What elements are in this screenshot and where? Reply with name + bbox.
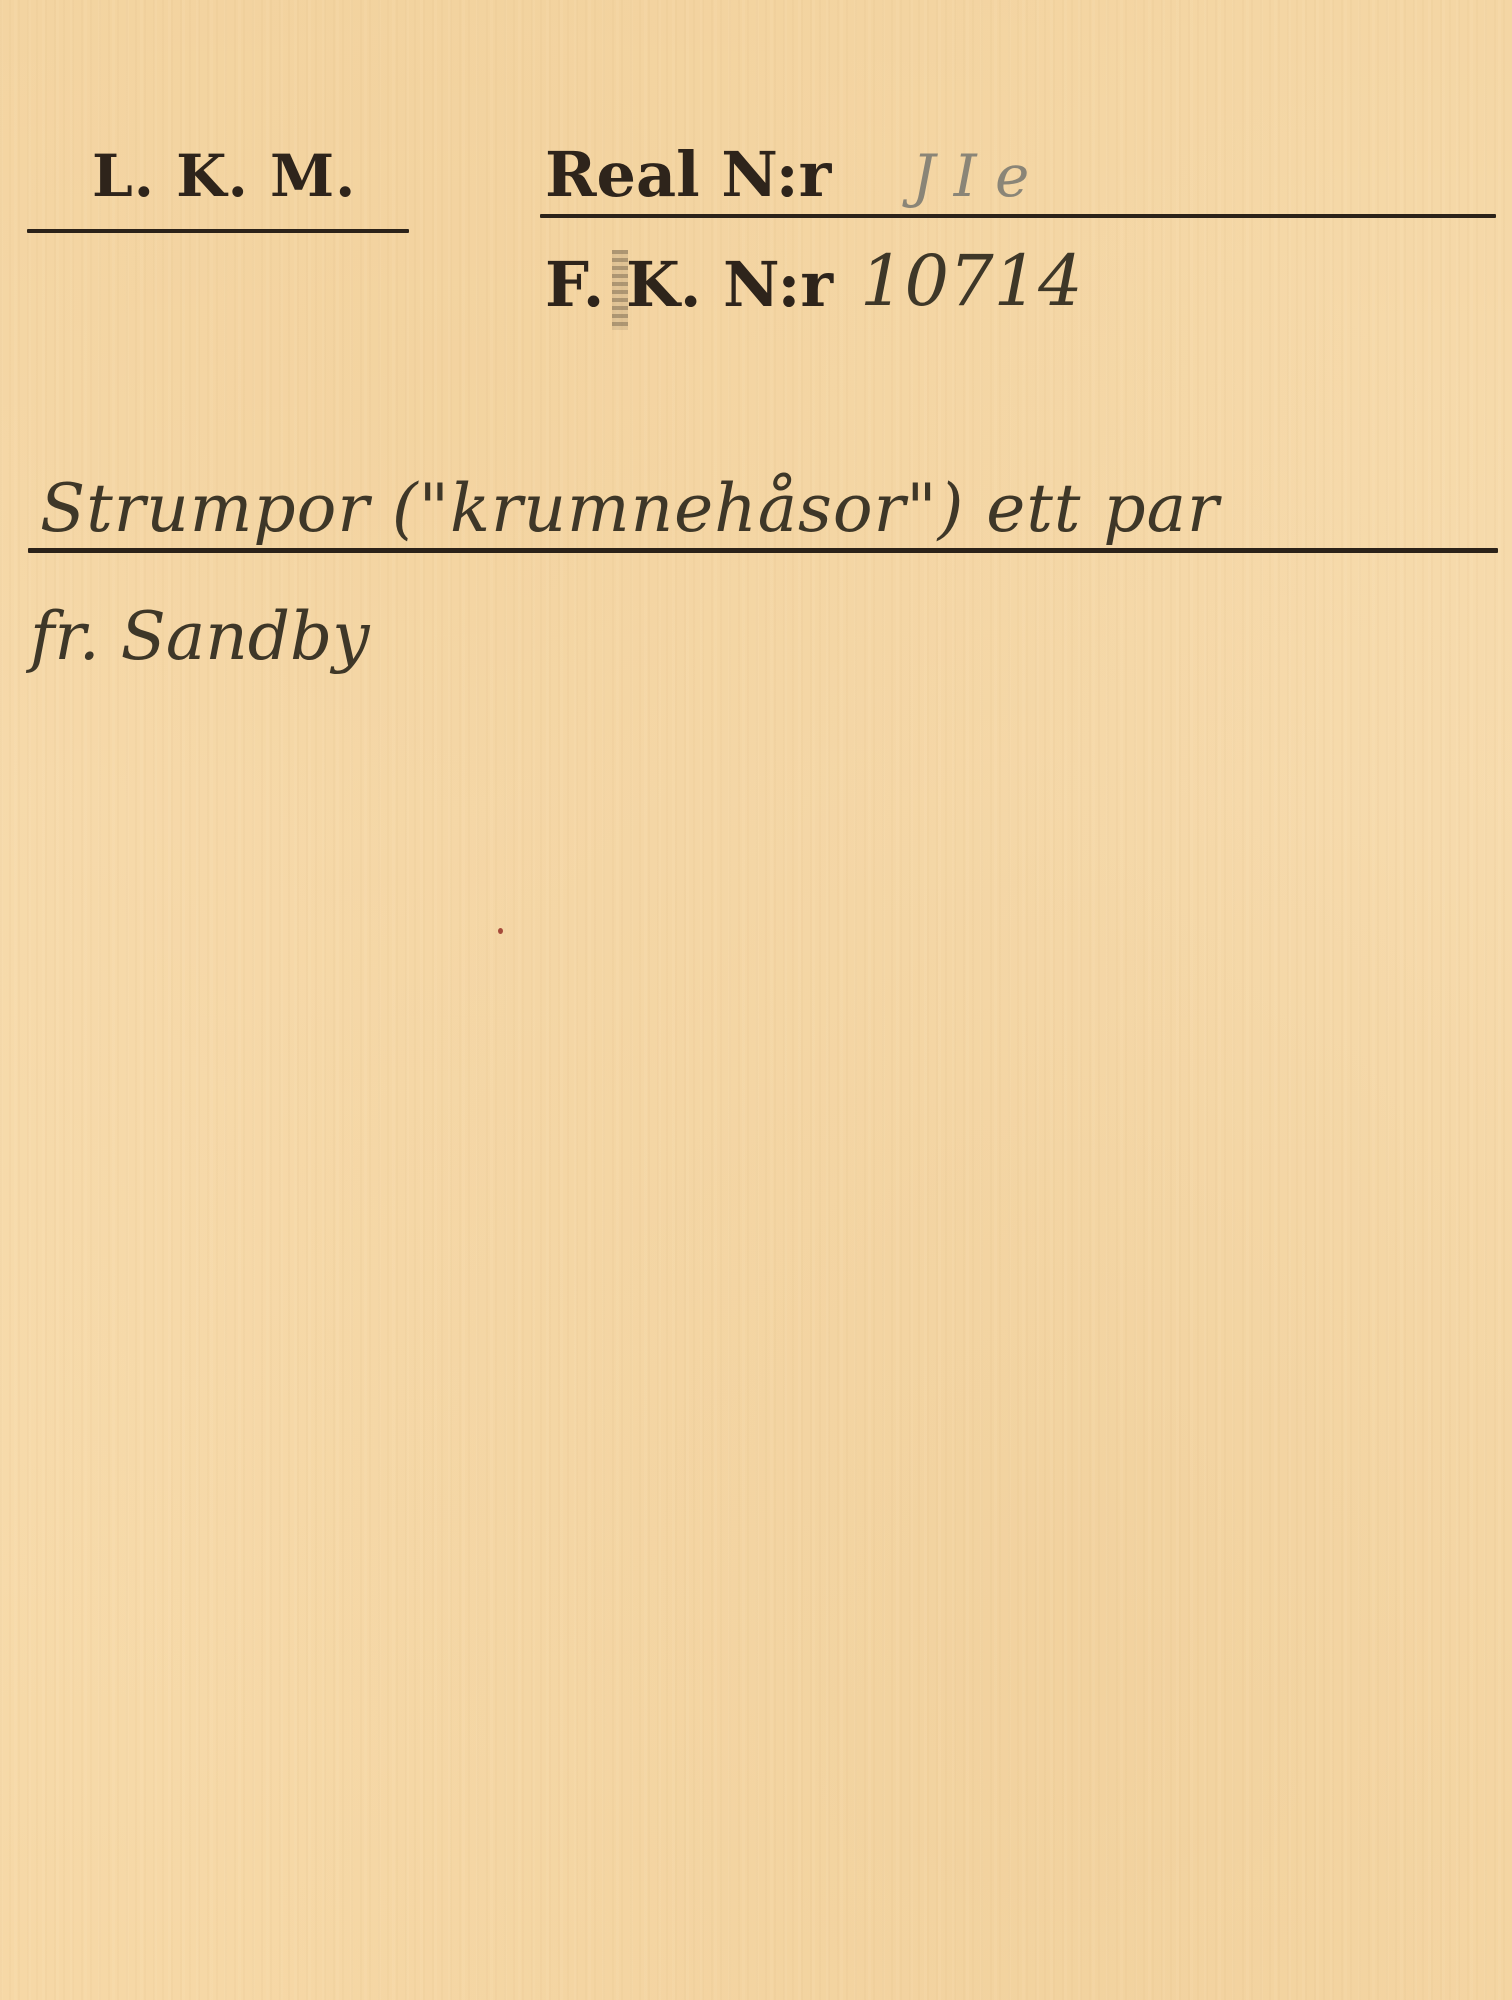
description-rule: [28, 548, 1498, 553]
real-number-rule: [540, 214, 1496, 218]
fk-number-value: 10714: [860, 240, 1083, 322]
catalogue-card: L. K. M. Real N:r J I e F. K. N:r 10714 …: [0, 0, 1512, 2000]
institution-underline: [27, 229, 409, 233]
paper-speck: [498, 928, 503, 934]
institution-abbreviation: L. K. M.: [92, 142, 356, 210]
provenance-note: fr. Sandby: [30, 598, 370, 675]
stamp-smudge: [612, 250, 628, 330]
real-number-value: J I e: [912, 142, 1029, 210]
fk-number-label: F. K. N:r: [545, 248, 833, 321]
object-description: Strumpor ("krumnehåsor") ett par: [40, 470, 1220, 547]
real-number-label: Real N:r: [545, 138, 831, 211]
